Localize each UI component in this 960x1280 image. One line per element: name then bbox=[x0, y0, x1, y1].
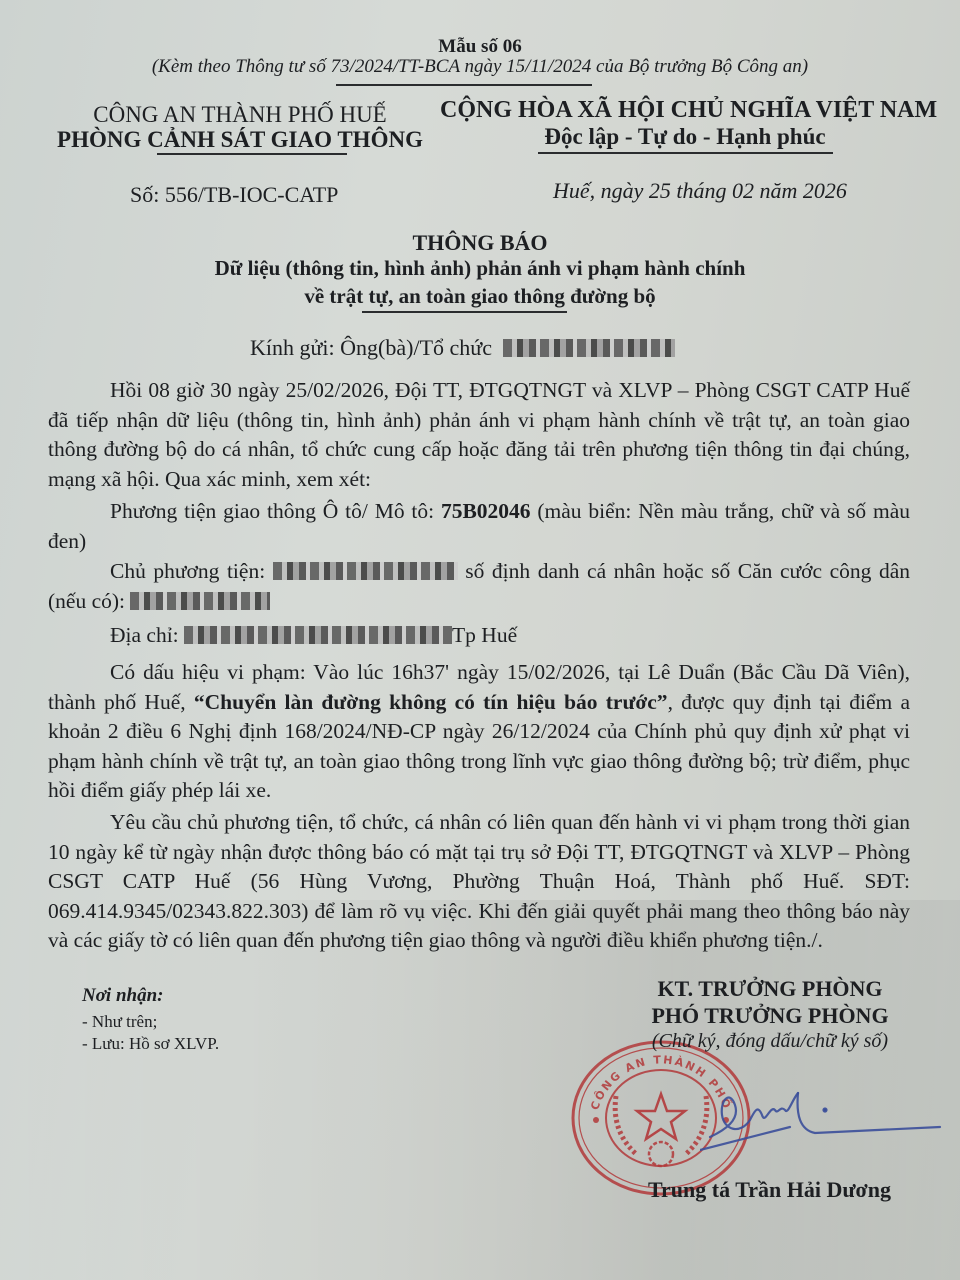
header-divider bbox=[336, 84, 592, 86]
intro-text: Hồi 08 giờ 30 ngày 25/02/2026, Đội TT, Đ… bbox=[48, 376, 910, 494]
violation-paragraph: Có dấu hiệu vi phạm: Vào lúc 16h37' ngày… bbox=[48, 658, 910, 806]
recipient-item: - Lưu: Hồ sơ XLVP. bbox=[82, 1034, 219, 1054]
request-text: Yêu cầu chủ phương tiện, tổ chức, cá nhâ… bbox=[48, 808, 910, 956]
vehicle-prefix: Phương tiện giao thông Ô tô/ Mô tô: bbox=[110, 499, 441, 523]
document-subtitle-line2: về trật tự, an toàn giao thông đường bộ bbox=[0, 284, 960, 309]
address-prefix: Địa chỉ: bbox=[110, 623, 184, 647]
redacted-owner-id bbox=[130, 592, 270, 610]
place-date: Huế, ngày 25 tháng 02 năm 2026 bbox=[553, 178, 847, 204]
document-page: Mẫu số 06 (Kèm theo Thông tư số 73/2024/… bbox=[0, 0, 960, 1280]
nation-title: CỘNG HÒA XÃ HỘI CHỦ NGHĨA VIỆT NAM bbox=[440, 97, 930, 124]
greeting-label: Kính gửi: Ông(bà)/Tổ chức bbox=[250, 335, 492, 360]
signature-note: (Chữ ký, đóng dấu/chữ ký số) bbox=[600, 1030, 940, 1053]
signer-name: Trung tá Trần Hải Dương bbox=[648, 1177, 891, 1203]
nation-motto: Độc lập - Tự do - Hạnh phúc bbox=[440, 124, 930, 150]
org-underline bbox=[157, 153, 347, 155]
issuing-org-line2: PHÒNG CẢNH SÁT GIAO THÔNG bbox=[55, 127, 425, 153]
violation-name: “Chuyển làn đường không có tín hiệu báo … bbox=[194, 690, 668, 714]
owner-prefix: Chủ phương tiện: bbox=[110, 559, 273, 583]
recipient-item: - Như trên; bbox=[82, 1012, 157, 1032]
motto-underline bbox=[538, 152, 833, 154]
handwritten-signature-icon bbox=[700, 1075, 950, 1155]
issuing-org-line1: CÔNG AN THÀNH PHỐ HUẾ bbox=[55, 102, 425, 128]
signature-title-line2: PHÓ TRƯỞNG PHÒNG bbox=[600, 1003, 940, 1029]
greeting: Kính gửi: Ông(bà)/Tổ chức bbox=[250, 335, 675, 361]
vehicle-paragraph: Phương tiện giao thông Ô tô/ Mô tô: 75B0… bbox=[48, 497, 910, 556]
document-subtitle-line1: Dữ liệu (thông tin, hình ảnh) phản ánh v… bbox=[0, 256, 960, 281]
redacted-recipient bbox=[503, 339, 675, 357]
intro-paragraph: Hồi 08 giờ 30 ngày 25/02/2026, Đội TT, Đ… bbox=[48, 376, 910, 494]
form-number: Mẫu số 06 bbox=[0, 36, 960, 58]
address-paragraph: Địa chỉ: Tp Huế bbox=[48, 621, 910, 651]
redacted-owner-name bbox=[273, 562, 458, 580]
redacted-address bbox=[184, 626, 452, 644]
signature-title-line1: KT. TRƯỞNG PHÒNG bbox=[600, 976, 940, 1002]
document-title: THÔNG BÁO bbox=[0, 230, 960, 256]
owner-paragraph: Chủ phương tiện: số định danh cá nhân ho… bbox=[48, 557, 910, 616]
title-underline bbox=[362, 311, 567, 313]
document-number: Số: 556/TB-IOC-CATP bbox=[130, 182, 338, 208]
plate-number: 75B02046 bbox=[441, 499, 531, 523]
attachment-note: (Kèm theo Thông tư số 73/2024/TT-BCA ngà… bbox=[0, 56, 960, 78]
address-suffix: Tp Huế bbox=[452, 623, 517, 647]
request-paragraph: Yêu cầu chủ phương tiện, tổ chức, cá nhâ… bbox=[48, 808, 910, 956]
recipients-title: Nơi nhận: bbox=[82, 985, 163, 1007]
